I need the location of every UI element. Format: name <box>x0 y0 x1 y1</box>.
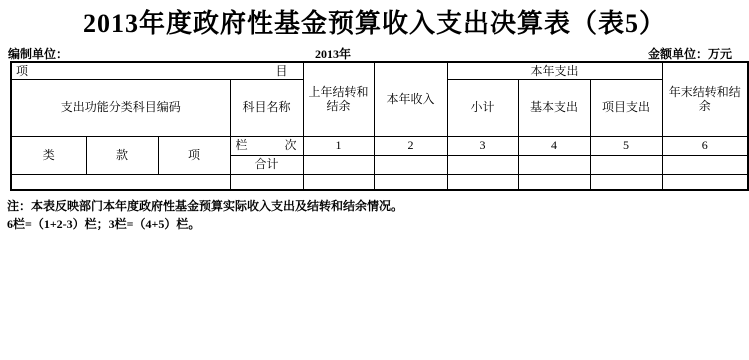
data-value-cell <box>447 174 518 190</box>
column-number: 6 <box>662 136 748 155</box>
data-value-cell <box>662 174 748 190</box>
column-label-left: 栏 <box>236 138 248 152</box>
notes: 注：本表反映部门本年度政府性基金预算实际收入支出及结转和结余情况。 6栏=（1+… <box>7 197 749 233</box>
note-line: 注：本表反映部门本年度政府性基金预算实际收入支出及结转和结余情况。 <box>7 197 749 215</box>
total-value-cell <box>518 155 590 174</box>
total-value-cell <box>303 155 374 174</box>
data-value-cell <box>518 174 590 190</box>
header-current-year-income: 本年收入 <box>374 62 447 136</box>
data-subject-cell <box>230 174 303 190</box>
total-value-cell <box>662 155 748 174</box>
note-line: 6栏=（1+2-3）栏；3栏=（4+5）栏。 <box>7 215 749 233</box>
fiscal-year-label: 2013年 <box>315 45 351 62</box>
page-title: 2013年度政府性基金预算收入支出决算表（表5） <box>0 0 749 40</box>
header-code-group: 支出功能分类科目编码 <box>11 79 230 136</box>
total-value-cell <box>590 155 662 174</box>
item-header-cell: 项 目 <box>11 62 303 79</box>
header-year-end-carryover: 年末结转和结余 <box>662 62 748 136</box>
header-category: 类 <box>11 136 86 174</box>
column-number: 1 <box>303 136 374 155</box>
column-number: 4 <box>518 136 590 155</box>
column-number: 5 <box>590 136 662 155</box>
compiling-unit-label: 编制单位： <box>8 45 68 62</box>
page: 2013年度政府性基金预算收入支出决算表（表5） 编制单位： 2013年 金额单… <box>0 0 749 360</box>
data-value-cell <box>374 174 447 190</box>
data-value-cell <box>590 174 662 190</box>
total-row-label: 合计 <box>230 155 303 174</box>
header-prev-year-carryover: 上年结转和结余 <box>303 62 374 136</box>
meta-row: 编制单位： 2013年 金额单位：万元 <box>0 45 749 61</box>
header-row-column-numbers: 类 款 项 栏 次 1 2 3 4 5 6 <box>11 136 748 155</box>
header-row-item: 项 目 上年结转和结余 本年收入 本年支出 年末结转和结余 <box>11 62 748 79</box>
header-subject-name: 科目名称 <box>230 79 303 136</box>
column-label-right: 次 <box>285 138 297 152</box>
header-section: 款 <box>86 136 158 174</box>
budget-table: 项 目 上年结转和结余 本年收入 本年支出 年末结转和结余 支出功能分类科目编码… <box>10 61 749 191</box>
total-value-cell <box>374 155 447 174</box>
data-value-cell <box>303 174 374 190</box>
empty-data-row <box>11 174 748 190</box>
amount-unit-label: 金额单位：万元 <box>648 45 732 62</box>
header-item: 项 <box>158 136 230 174</box>
data-code-cell <box>11 174 230 190</box>
item-header-left: 项 <box>16 64 28 78</box>
total-value-cell <box>447 155 518 174</box>
column-number: 2 <box>374 136 447 155</box>
column-number: 3 <box>447 136 518 155</box>
column-index-label-cell: 栏 次 <box>230 136 303 155</box>
header-basic-expense: 基本支出 <box>518 79 590 136</box>
header-subtotal: 小计 <box>447 79 518 136</box>
item-header-right: 目 <box>276 64 288 78</box>
header-current-year-expense-group: 本年支出 <box>447 62 662 79</box>
header-project-expense: 项目支出 <box>590 79 662 136</box>
